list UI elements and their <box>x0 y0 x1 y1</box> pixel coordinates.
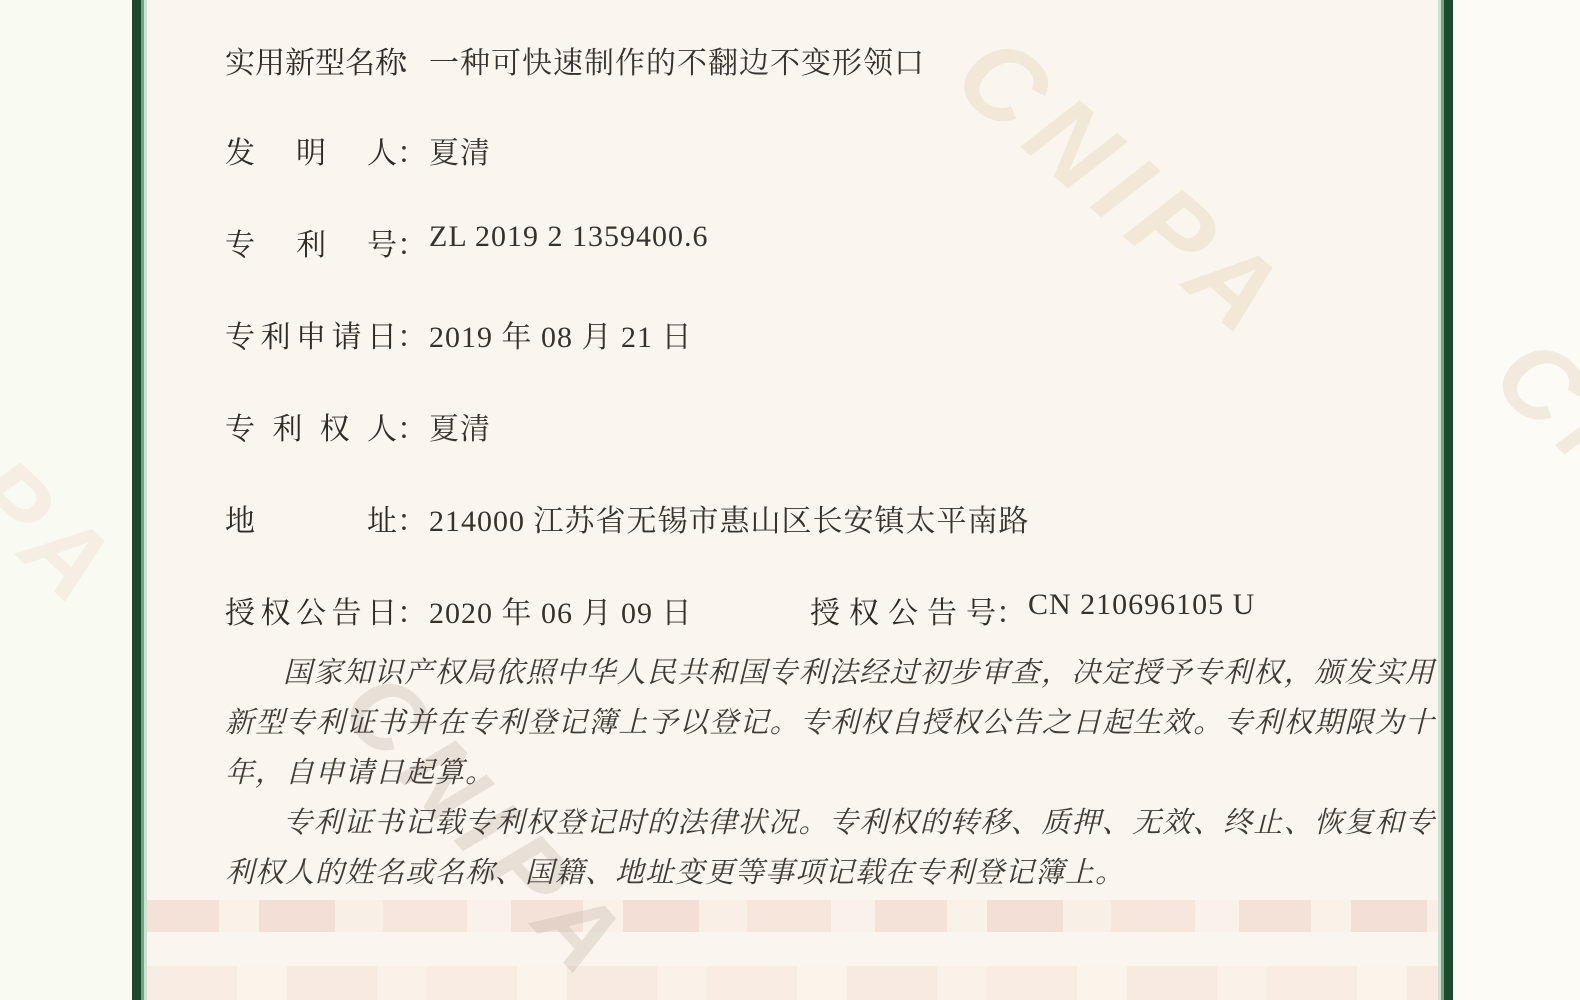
field-grant-row: 授权公告日：2020 年 06 月 09 日 授权公告号：CN 21069610… <box>225 588 693 632</box>
field-value: 夏清 <box>429 128 491 172</box>
field-colon: ： <box>397 588 417 632</box>
field-patentee: 专利权人：夏清 <box>225 404 491 448</box>
border-rule-left <box>132 0 147 1000</box>
field-colon: ： <box>397 38 417 82</box>
field-colon: ： <box>996 588 1016 632</box>
field-label: 专利号 <box>225 220 397 264</box>
field-colon: ： <box>397 220 417 264</box>
field-label: 专利权人 <box>225 404 397 448</box>
field-colon: ： <box>397 404 417 448</box>
field-value: CN 210696105 U <box>1028 588 1255 622</box>
field-value: ZL 2019 2 1359400.6 <box>429 220 709 254</box>
field-value: 夏清 <box>429 404 491 448</box>
border-rule-right <box>1438 0 1453 1000</box>
field-label: 地址 <box>225 496 397 540</box>
legal-paragraph-1: 国家知识产权局依照中华人民共和国专利法经过初步审查，决定授予专利权，颁发实用新型… <box>225 648 1435 798</box>
field-colon: ： <box>397 312 417 356</box>
field-value: 2019 年 08 月 21 日 <box>429 312 693 356</box>
field-value: 214000 江苏省无锡市惠山区长安镇太平南路 <box>429 496 1030 540</box>
field-value: 2020 年 06 月 09 日 <box>429 588 693 632</box>
field-label: 实用新型名称 <box>225 38 397 82</box>
field-label: 授权公告日 <box>225 588 397 632</box>
page-margin-right <box>1452 0 1580 1000</box>
legal-paragraph-2: 专利证书记载专利权登记时的法律状况。专利权的转移、质押、无效、终止、恢复和专利权… <box>225 798 1435 898</box>
field-utility-model-name: 实用新型名称：一种可快速制作的不翻边不变形领口 <box>225 38 925 82</box>
field-inventor: 发明人：夏清 <box>225 128 491 172</box>
field-label: 专利申请日 <box>225 312 397 356</box>
legal-text-block: 国家知识产权局依照中华人民共和国专利法经过初步审查，决定授予专利权，颁发实用新型… <box>225 648 1435 898</box>
field-address: 地址：214000 江苏省无锡市惠山区长安镇太平南路 <box>225 496 1030 540</box>
field-colon: ： <box>397 128 417 172</box>
field-label: 授权公告号 <box>810 588 996 632</box>
page-margin-left <box>0 0 132 1000</box>
patent-certificate-page: { "watermark": { "text": "CNIPA" }, "cer… <box>0 0 1580 1000</box>
field-label: 发明人 <box>225 128 397 172</box>
field-filing-date: 专利申请日：2019 年 08 月 21 日 <box>225 312 693 356</box>
field-grant-number: 授权公告号：CN 210696105 U <box>810 588 1255 632</box>
field-value: 一种可快速制作的不翻边不变形领口 <box>429 38 925 82</box>
field-patent-number: 专利号：ZL 2019 2 1359400.6 <box>225 220 709 264</box>
field-colon: ： <box>397 496 417 540</box>
